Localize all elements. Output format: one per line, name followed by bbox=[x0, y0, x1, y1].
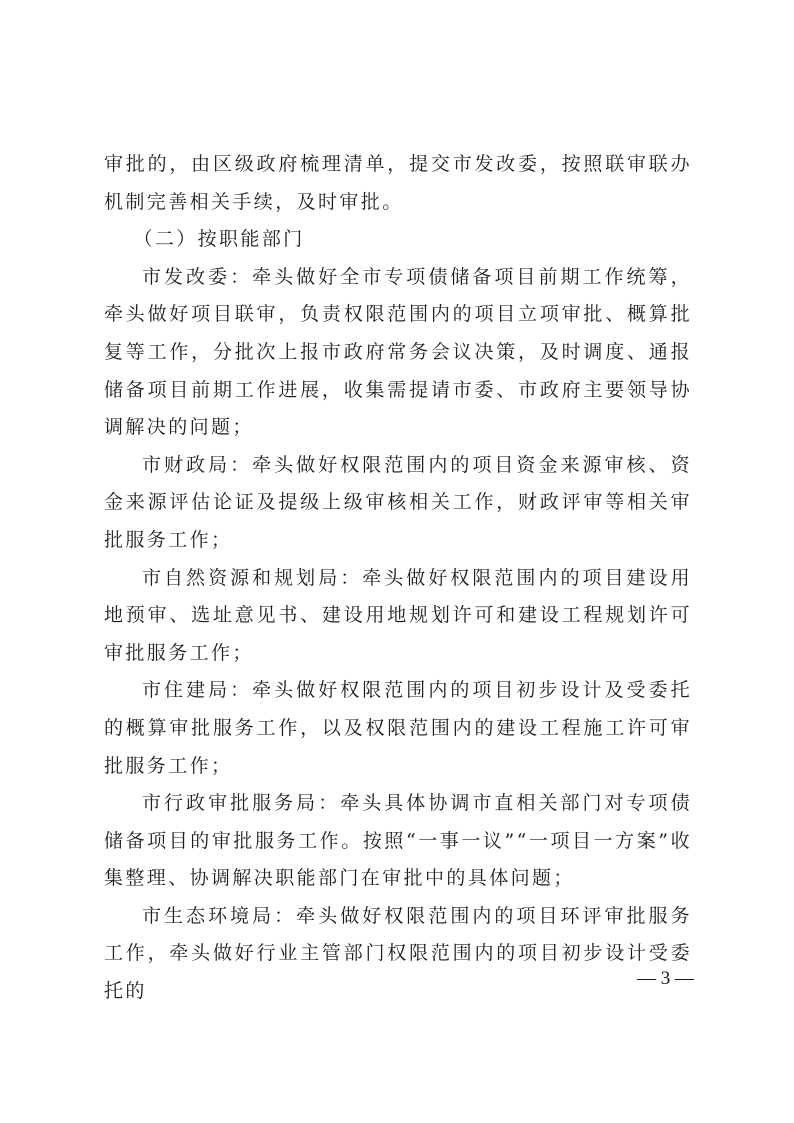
paragraph-ecology-environment-bureau: 市生态环境局：牵头做好权限范围内的项目环评审批服务工作，牵头做好行业主管部门权限… bbox=[104, 898, 692, 1011]
paragraph-natural-resources-planning-bureau: 市自然资源和规划局：牵头做好权限范围内的项目建设用地预审、选址意见书、建设用地规… bbox=[104, 560, 692, 673]
document-body: 审批的，由区级政府梳理清单，提交市发改委，按照联审联办机制完善相关手续，及时审批… bbox=[104, 146, 692, 1011]
paragraph-housing-construction-bureau: 市住建局：牵头做好权限范围内的项目初步设计及受委托的概算审批服务工作，以及权限范… bbox=[104, 672, 692, 785]
paragraph-development-reform-commission: 市发改委：牵头做好全市专项债储备项目前期工作统筹，牵头做好项目联审，负责权限范围… bbox=[104, 259, 692, 447]
paragraph-administrative-approval-bureau: 市行政审批服务局：牵头具体协调市直相关部门对专项债储备项目的审批服务工作。按照“… bbox=[104, 785, 692, 898]
document-page: 审批的，由区级政府梳理清单，提交市发改委，按照联审联办机制完善相关手续，及时审批… bbox=[0, 0, 794, 1123]
paragraph-continuation: 审批的，由区级政府梳理清单，提交市发改委，按照联审联办机制完善相关手续，及时审批… bbox=[104, 146, 692, 221]
page-number: — 3 — bbox=[600, 968, 694, 990]
paragraph-finance-bureau: 市财政局：牵头做好权限范围内的项目资金来源审核、资金来源评估论证及提级上级审核相… bbox=[104, 447, 692, 560]
section-heading: （二）按职能部门 bbox=[104, 221, 692, 259]
